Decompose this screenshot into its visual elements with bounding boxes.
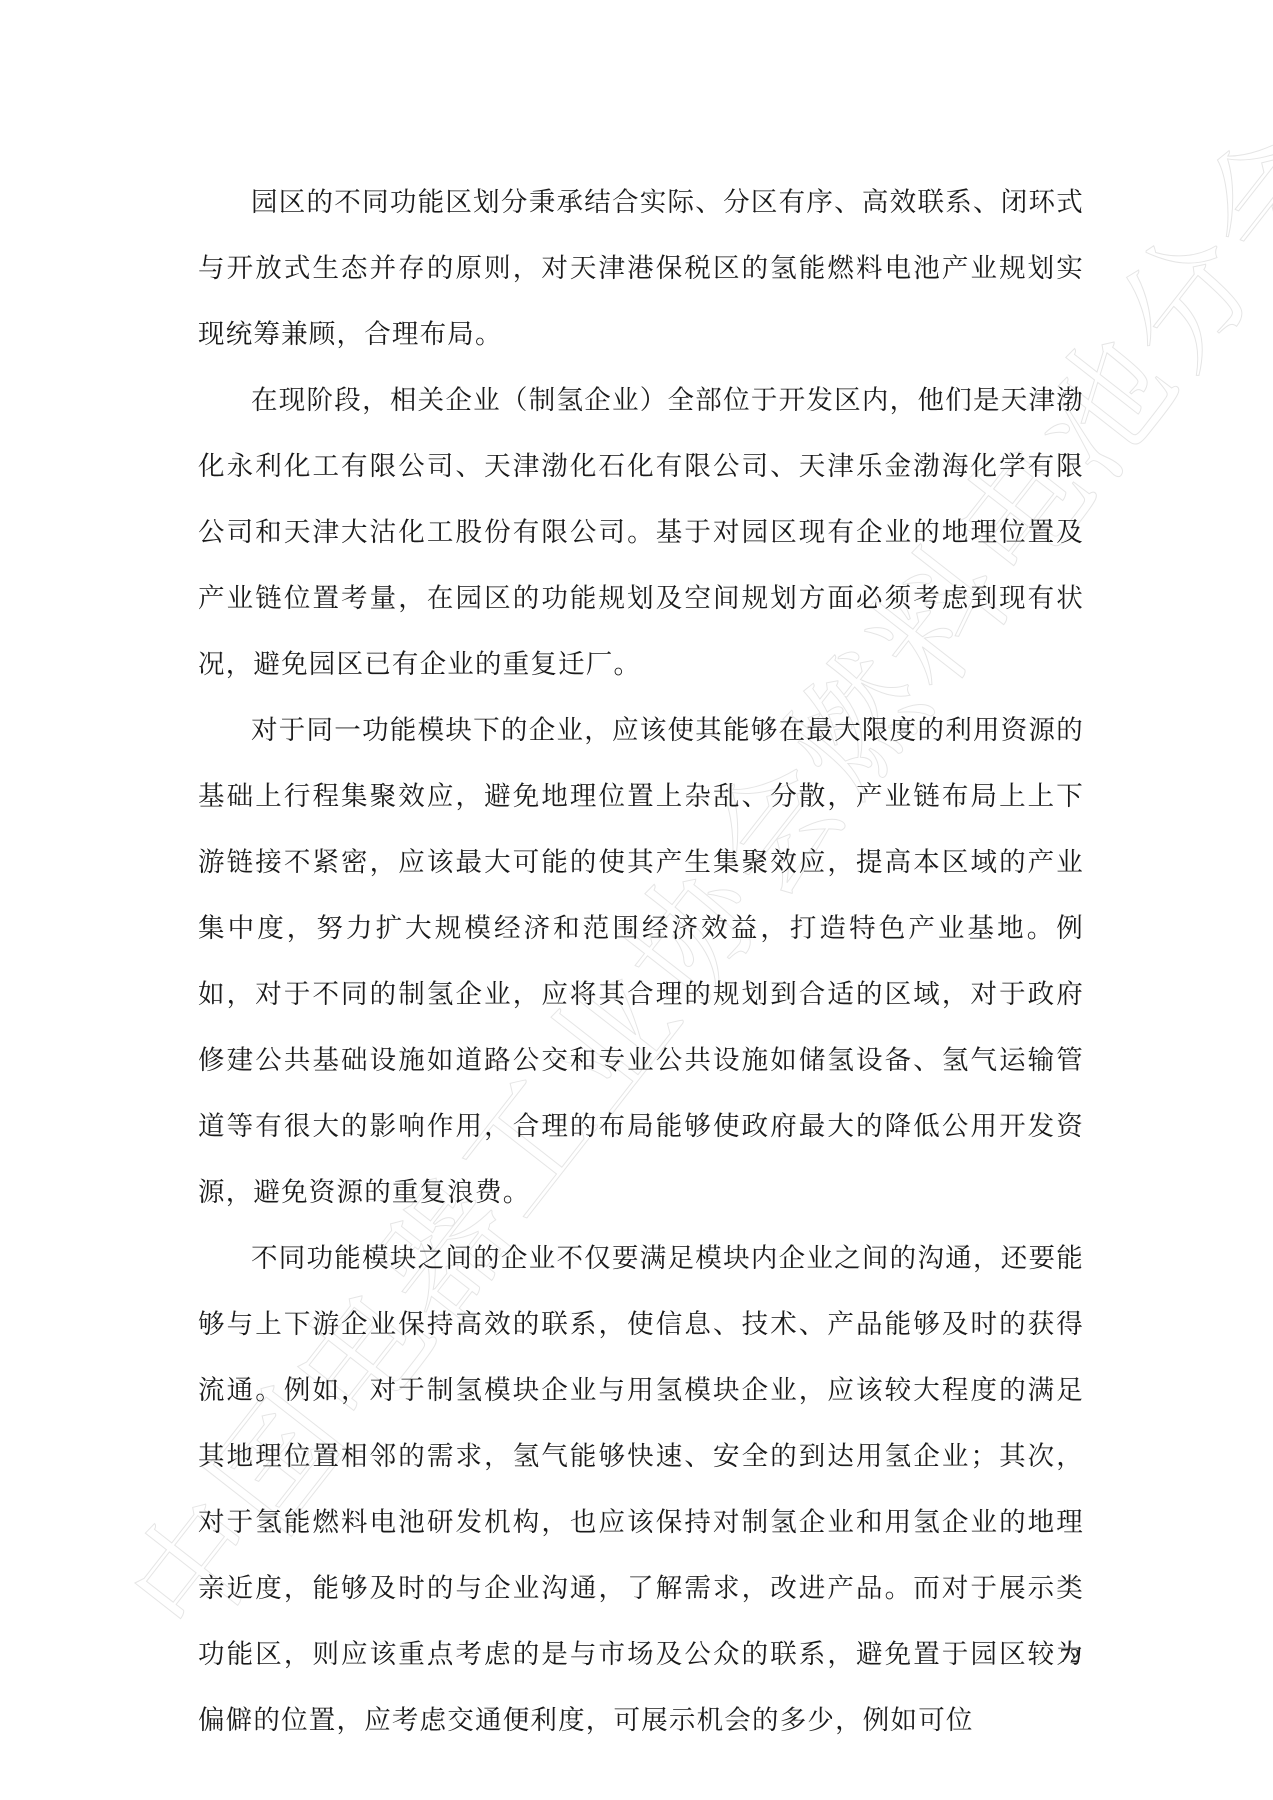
paragraph-existing-enterprises: 在现阶段，相关企业（制氢企业）全部位于开发区内，他们是天津渤化永利化工有限公司、… [198,368,1084,698]
paragraph-cross-module: 不同功能模块之间的企业不仅要满足模块内企业之间的沟通，还要能够与上下游企业保持高… [198,1226,1084,1754]
document-page: 中国电器工业协会燃料电池分会 园区的不同功能区划分秉承结合实际、分区有序、高效联… [0,0,1273,1800]
body-text: 园区的不同功能区划分秉承结合实际、分区有序、高效联系、闭环式与开放式生态并存的原… [198,170,1084,1754]
paragraph-same-module: 对于同一功能模块下的企业，应该使其能够在最大限度的利用资源的基础上行程集聚效应，… [198,698,1084,1226]
page-number: 72 [1060,1645,1080,1668]
paragraph-zoning-principle: 园区的不同功能区划分秉承结合实际、分区有序、高效联系、闭环式与开放式生态并存的原… [198,170,1084,368]
